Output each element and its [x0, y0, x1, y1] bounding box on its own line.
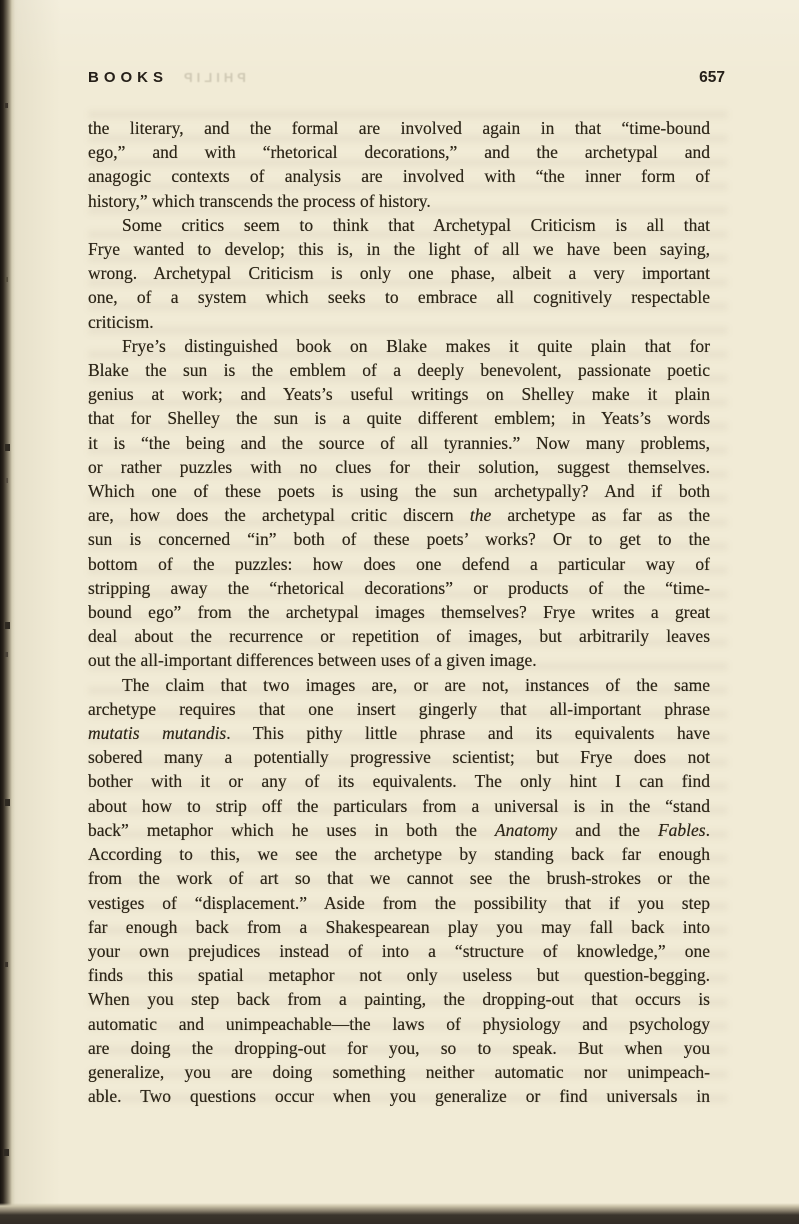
text-line: stripping away the “rhetorical decoratio…: [88, 576, 710, 600]
running-header: BOOKS PHILIP 657: [88, 69, 725, 89]
text-line: from the work of art so that we cannot s…: [88, 866, 710, 890]
text-line: it is “the being and the source of all t…: [88, 431, 710, 455]
text-line: your own prejudices instead of into a “s…: [88, 939, 710, 963]
text-line: The claim that two images are, or are no…: [88, 673, 710, 697]
text-line: Frye wanted to develop; this is, in the …: [88, 237, 710, 261]
text-line: Blake the sun is the emblem of a deeply …: [88, 358, 710, 382]
text-line: out the all-important differences betwee…: [88, 648, 710, 672]
text-line: According to this, we see the archetype …: [88, 842, 710, 866]
text-line: criticism.: [88, 310, 710, 334]
book-binding-edge: [0, 0, 15, 1224]
text-line: able. Two questions occur when you gener…: [88, 1084, 710, 1108]
text-line: mutatis mutandis. This pithy little phra…: [88, 721, 710, 745]
text-line: are doing the dropping-out for you, so t…: [88, 1036, 710, 1060]
text-line: bound ego” from the archetypal images th…: [88, 600, 710, 624]
photo-bottom-edge: [0, 1203, 799, 1224]
text-line: deal about the recurrence or repetition …: [88, 624, 710, 648]
text-line: automatic and unimpeachable—the laws of …: [88, 1012, 710, 1036]
text-line: wrong. Archetypal Criticism is only one …: [88, 261, 710, 285]
text-line: When you step back from a painting, the …: [88, 987, 710, 1011]
scanned-book-page: BOOKS PHILIP 657 the literary, and the f…: [0, 0, 799, 1224]
text-line: Which one of these poets is using the su…: [88, 479, 710, 503]
paragraph: the literary, and the formal are involve…: [88, 116, 710, 213]
text-line: Frye’s distinguished book on Blake makes…: [88, 334, 710, 358]
text-line: back” metaphor which he uses in both the…: [88, 818, 710, 842]
text-line: or rather puzzles with no clues for thei…: [88, 455, 710, 479]
text-line: sun is concerned “in” both of these poet…: [88, 527, 710, 551]
text-line: history,” which transcends the process o…: [88, 189, 710, 213]
text-line: anagogic contexts of analysis are involv…: [88, 164, 710, 188]
page-body: the literary, and the formal are involve…: [88, 116, 710, 1108]
text-line: genius at work; and Yeats’s useful writi…: [88, 382, 710, 406]
text-line: bottom of the puzzles: how does one defe…: [88, 552, 710, 576]
text-line: sobered many a potentially progressive s…: [88, 745, 710, 769]
text-line: Some critics seem to think that Archetyp…: [88, 213, 710, 237]
text-line: the literary, and the formal are involve…: [88, 116, 710, 140]
paragraph: The claim that two images are, or are no…: [88, 673, 710, 1109]
text-line: that for Shelley the sun is a quite diff…: [88, 406, 710, 430]
text-line: about how to strip off the particulars f…: [88, 794, 710, 818]
text-line: bother with it or any of its equivalents…: [88, 769, 710, 793]
paragraph: Some critics seem to think that Archetyp…: [88, 213, 710, 334]
text-line: far enough back from a Shakespearean pla…: [88, 915, 710, 939]
page-number: 657: [699, 69, 725, 87]
bleed-through-ghost-text: PHILIP: [180, 70, 246, 85]
text-line: one, of a system which seeks to embrace …: [88, 285, 710, 309]
text-line: ego,” and with “rhetorical decorations,”…: [88, 140, 710, 164]
paragraph: Frye’s distinguished book on Blake makes…: [88, 334, 710, 673]
text-line: archetype requires that one insert ginge…: [88, 697, 710, 721]
ink-specks: [5, 0, 8, 5]
text-line: finds this spatial metaphor not only use…: [88, 963, 710, 987]
section-title: BOOKS: [88, 69, 168, 86]
text-line: vestiges of “displacement.” Aside from t…: [88, 891, 710, 915]
text-line: are, how does the archetypal critic disc…: [88, 503, 710, 527]
text-line: generalize, you are doing something neit…: [88, 1060, 710, 1084]
